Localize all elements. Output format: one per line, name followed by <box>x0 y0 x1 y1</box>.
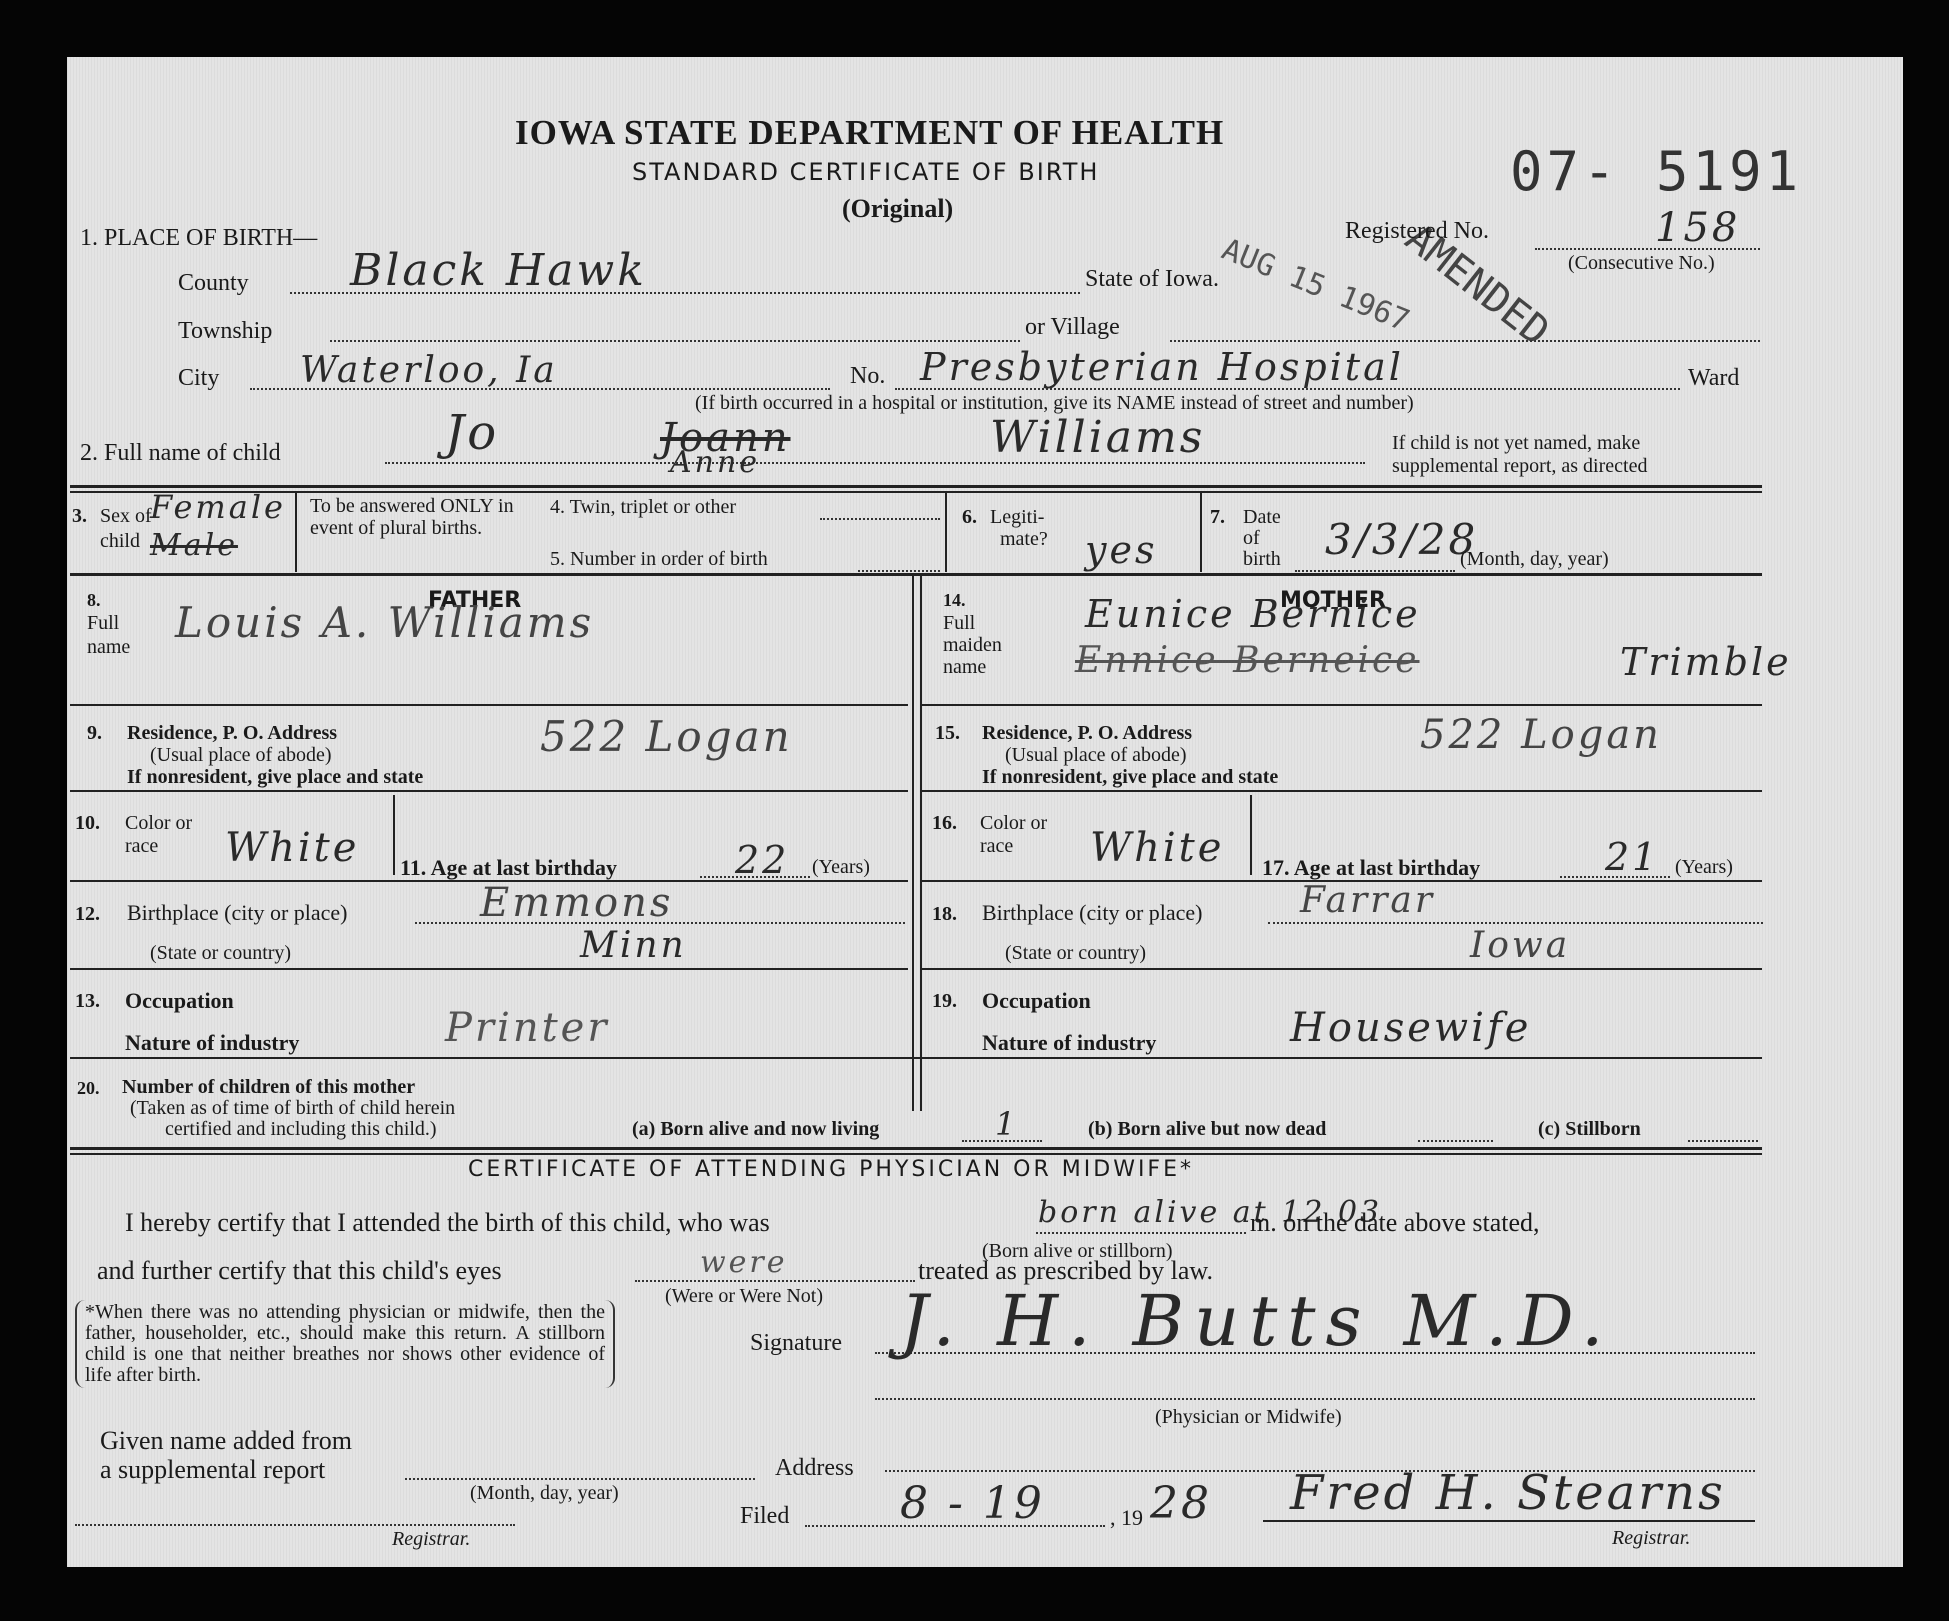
father-res-label-1: Residence, P. O. Address <box>127 722 337 745</box>
city-label: City <box>178 365 219 392</box>
sex-value-struck: Male <box>150 528 238 563</box>
mother-res-num: 15. <box>935 722 960 745</box>
stillborn-field <box>1688 1140 1758 1142</box>
twin-label: 4. Twin, triplet or other <box>550 496 736 519</box>
certify-line-2: and further certify that this child's ey… <box>97 1256 502 1286</box>
file-number: 07- 5191 <box>1510 140 1802 203</box>
registered-no-label: Registered No. <box>1345 218 1489 245</box>
mother-occ-label: Occupation <box>982 988 1091 1014</box>
legit-num: 6. <box>962 506 977 529</box>
registrar-label-left: Registrar. <box>392 1528 470 1551</box>
state-label: State of Iowa. <box>1085 266 1219 293</box>
signature-line-2 <box>875 1398 1755 1400</box>
mother-residence-value: 522 Logan <box>1420 712 1662 758</box>
mother-bp-num: 18. <box>932 903 957 926</box>
divider <box>70 573 1762 576</box>
father-res-num: 9. <box>87 722 102 745</box>
eyes-treated-value: were <box>700 1245 788 1280</box>
divider <box>945 492 947 572</box>
mother-age-value: 21 <box>1605 835 1659 879</box>
father-age-unit: (Years) <box>812 856 870 879</box>
mother-name-corrected: Eunice Bernice <box>1085 592 1421 636</box>
registrar-left-line <box>75 1524 515 1526</box>
father-age-value: 22 <box>735 838 789 882</box>
given-name-label-2: a supplemental report <box>100 1455 325 1485</box>
mother-color-label-2: race <box>980 835 1013 858</box>
divider <box>1200 492 1202 572</box>
dob-label-2: of <box>1243 527 1260 550</box>
dob-format: (Month, day, year) <box>1460 548 1609 571</box>
child-middle-name: Anne <box>670 445 760 480</box>
father-bp-label: Birthplace (city or place) <box>127 900 348 926</box>
no-label: No. <box>850 363 885 390</box>
father-color-num: 10. <box>75 812 100 835</box>
certify-line-1: I hereby certify that I attended the bir… <box>125 1208 770 1238</box>
registered-no-value: 158 <box>1655 205 1740 251</box>
mother-age-label: 17. Age at last birthday <box>1262 855 1480 881</box>
children-num: 20. <box>77 1078 100 1099</box>
dob-line <box>1295 570 1455 572</box>
mother-name-struck: Ennice Berneice <box>1075 640 1420 681</box>
divider <box>922 968 1762 970</box>
mother-res-label-2: (Usual place of abode) <box>1005 744 1187 767</box>
eyes-hint: (Were or Were Not) <box>665 1285 823 1308</box>
father-bp-state-label: (State or country) <box>150 942 291 965</box>
village-field <box>1170 340 1760 342</box>
footnote: *When there was no attending physician o… <box>75 1300 615 1388</box>
mother-occ-num: 19. <box>932 990 957 1013</box>
signature-role: (Physician or Midwife) <box>1155 1406 1342 1429</box>
mother-birthplace-value: Farrar <box>1300 880 1435 921</box>
divider <box>295 492 297 572</box>
eyes-line <box>635 1280 915 1282</box>
children-label-3: certified and including this child.) <box>165 1118 437 1141</box>
filed-label: Filed <box>740 1503 789 1530</box>
mother-bp-label: Birthplace (city or place) <box>982 900 1203 926</box>
unnamed-note-1: If child is not yet named, make <box>1392 432 1640 455</box>
dob-label-1: Date <box>1243 506 1281 529</box>
copy-type: (Original) <box>842 194 953 224</box>
father-color-label-1: Color or <box>125 812 192 835</box>
divider <box>70 1153 1762 1155</box>
sex-label-2: child <box>100 530 140 553</box>
mother-industry-label: Nature of industry <box>982 1030 1156 1056</box>
child-last-name: Williams <box>990 412 1205 463</box>
legitimate-value: yes <box>1085 528 1157 572</box>
divider <box>70 1057 1762 1059</box>
divider <box>1250 795 1252 875</box>
mother-name-label-1: Full <box>943 612 975 635</box>
registrar-signature: Fred H. Stearns <box>1290 1465 1726 1521</box>
twin-field <box>820 518 940 520</box>
divider <box>70 1147 1762 1150</box>
county-label: County <box>178 270 249 297</box>
certify-line-1-end: m. on the date above stated, <box>1250 1208 1540 1238</box>
address-label: Address <box>775 1455 854 1482</box>
document-subtitle: STANDARD CERTIFICATE OF BIRTH <box>632 158 1099 186</box>
mother-bp-state-label: (State or country) <box>1005 942 1146 965</box>
father-birth-state-value: Minn <box>580 925 687 966</box>
children-label-1: Number of children of this mother <box>122 1076 415 1099</box>
mother-name-label-2: maiden <box>943 634 1002 657</box>
child-first-name: Jo <box>445 405 499 461</box>
father-res-label-3: If nonresident, give place and state <box>127 766 423 789</box>
father-race-value: White <box>225 825 359 871</box>
divider <box>70 485 1762 488</box>
legit-label-1: Legiti- <box>990 506 1044 529</box>
child-name-label: 2. Full name of child <box>80 440 281 467</box>
mother-res-label-1: Residence, P. O. Address <box>982 722 1192 745</box>
father-residence-value: 522 Logan <box>540 712 793 761</box>
born-alive-dead-label: (b) Born alive but now dead <box>1088 1118 1326 1141</box>
given-name-hint: (Month, day, year) <box>470 1482 619 1505</box>
divider <box>70 790 908 792</box>
township-label: Township <box>178 318 272 345</box>
village-label: or Village <box>1025 314 1120 341</box>
father-birthplace-value: Emmons <box>480 880 673 926</box>
township-field <box>330 340 1020 342</box>
registrar-label-right: Registrar. <box>1612 1527 1690 1550</box>
mother-birth-state-value: Iowa <box>1470 925 1570 966</box>
child-name-line <box>385 462 1365 464</box>
mother-res-label-3: If nonresident, give place and state <box>982 766 1278 789</box>
place-of-birth-heading: 1. PLACE OF BIRTH— <box>80 225 317 252</box>
father-res-label-2: (Usual place of abode) <box>150 744 332 767</box>
sex-label-1: Sex of <box>100 505 152 528</box>
birth-order-field <box>858 570 940 572</box>
father-occ-label: Occupation <box>125 988 234 1014</box>
father-age-label: 11. Age at last birthday <box>400 855 617 881</box>
dob-label-3: birth <box>1243 548 1281 571</box>
mother-name-num: 14. <box>943 590 966 611</box>
mother-color-num: 16. <box>932 812 957 835</box>
filed-year-value: 28 <box>1150 1478 1212 1529</box>
unnamed-note-2: supplemental report, as directed <box>1392 455 1647 478</box>
signature-label: Signature <box>750 1330 842 1357</box>
certificate-heading: CERTIFICATE OF ATTENDING PHYSICIAN OR MI… <box>468 1157 1194 1182</box>
divider <box>70 704 908 706</box>
legit-label-2: mate? <box>1000 528 1048 551</box>
divider <box>70 968 908 970</box>
father-occ-num: 13. <box>75 990 100 1013</box>
children-label-2: (Taken as of time of birth of child here… <box>130 1097 455 1120</box>
divider <box>922 704 1762 706</box>
plural-births-note: To be answered ONLY in event of plural b… <box>310 495 535 539</box>
mother-occupation-value: Housewife <box>1290 1005 1531 1051</box>
dob-num: 7. <box>1210 506 1225 529</box>
birth-order-label: 5. Number in order of birth <box>550 548 768 571</box>
father-industry-label: Nature of industry <box>125 1030 299 1056</box>
county-value: Black Hawk <box>350 245 647 296</box>
center-divider <box>912 576 914 1111</box>
sex-value: Female <box>150 488 286 526</box>
filed-date-value: 8 - 19 <box>900 1478 1045 1529</box>
center-divider <box>920 576 922 1111</box>
hospital-value: Presbyterian Hospital <box>920 345 1404 389</box>
mother-age-unit: (Years) <box>1675 856 1733 879</box>
document-title: IOWA STATE DEPARTMENT OF HEALTH <box>515 113 1224 153</box>
ward-label: Ward <box>1688 365 1739 392</box>
mother-race-value: White <box>1090 825 1224 871</box>
father-color-label-2: race <box>125 835 158 858</box>
city-value: Waterloo, Ia <box>300 350 558 391</box>
given-name-field <box>405 1478 755 1480</box>
born-alive-living-value: 1 <box>995 1105 1018 1143</box>
father-name-value: Louis A. Williams <box>175 598 594 647</box>
mother-bp-line <box>1268 922 1763 924</box>
divider <box>70 491 1762 493</box>
given-name-label-1: Given name added from <box>100 1426 352 1456</box>
father-bp-num: 12. <box>75 903 100 926</box>
father-name-label-1: Full <box>87 612 119 635</box>
born-alive-dead-field <box>1418 1140 1493 1142</box>
divider <box>393 795 395 875</box>
consecutive-label: (Consecutive No.) <box>1568 252 1715 275</box>
mother-color-label-1: Color or <box>980 812 1047 835</box>
filed-year-prefix: , 19 <box>1110 1505 1143 1531</box>
father-occupation-value: Printer <box>445 1005 609 1051</box>
born-alive-line <box>1036 1232 1246 1234</box>
sex-num: 3. <box>72 505 87 528</box>
mother-name-label-3: name <box>943 656 986 679</box>
mother-surname: Trimble <box>1620 640 1792 684</box>
date-of-birth-value: 3/3/28 <box>1325 515 1478 564</box>
stillborn-label: (c) Stillborn <box>1538 1118 1641 1141</box>
divider <box>922 790 1762 792</box>
father-name-label-2: name <box>87 636 130 659</box>
physician-signature: J. H. Butts M.D. <box>900 1280 1613 1362</box>
father-name-num: 8. <box>87 590 101 611</box>
born-alive-living-label: (a) Born alive and now living <box>632 1118 879 1141</box>
